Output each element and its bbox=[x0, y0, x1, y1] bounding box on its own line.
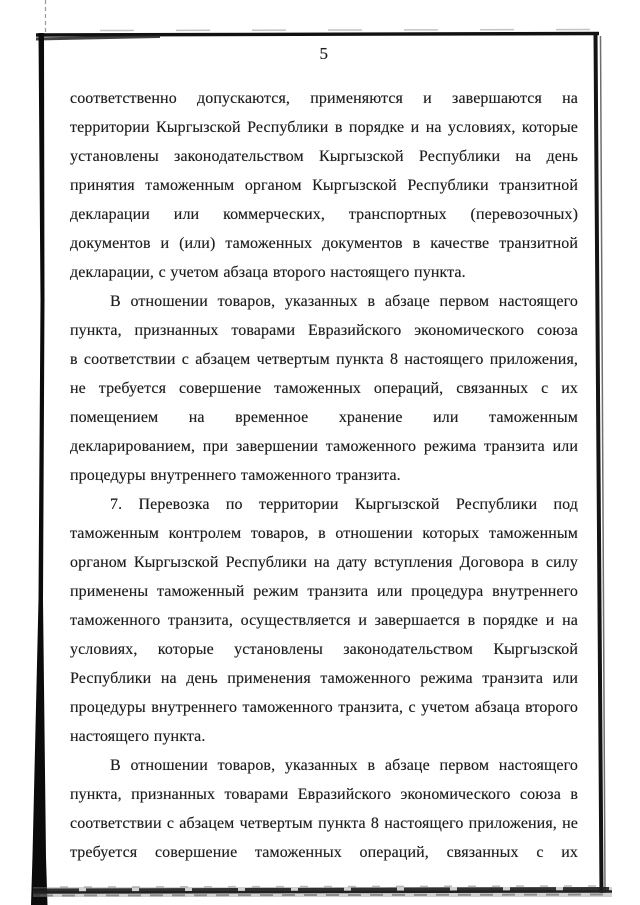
text-line: соответствии с абзацем четвертым пункта … bbox=[70, 809, 578, 838]
text-line: Республики на день применения таможенног… bbox=[70, 664, 578, 693]
text-line: процедуры внутреннего таможенного транзи… bbox=[70, 693, 578, 722]
text-line: принятия таможенным органом Кыргызской Р… bbox=[70, 171, 578, 200]
scan-bottom-shadow-band bbox=[33, 886, 612, 897]
text-line: 7. Перевозка по территории Кыргызской Ре… bbox=[70, 490, 578, 519]
text-line: пункта, признанных товарами Евразийского… bbox=[70, 780, 578, 809]
scan-right-border-line bbox=[596, 33, 602, 893]
text-line: требуется совершение таможенных операций… bbox=[70, 838, 578, 867]
text-line: В отношении товаров, указанных в абзаце … bbox=[70, 287, 578, 316]
text-line: настоящего пункта. bbox=[70, 722, 578, 751]
text-line: декларации, с учетом абзаца второго наст… bbox=[70, 258, 578, 287]
text-line: в соответствии с абзацем четвертым пункт… bbox=[70, 345, 578, 374]
text-line: условиях, которые установлены законодате… bbox=[70, 635, 578, 664]
scan-top-fuzz-line bbox=[100, 30, 596, 31]
text-line: помещением на временное хранение или там… bbox=[70, 403, 578, 432]
text-line: декларации или коммерческих, транспортны… bbox=[70, 200, 578, 229]
text-line: соответственно допускаются, применяются … bbox=[70, 84, 578, 113]
text-line: В отношении товаров, указанных в абзаце … bbox=[70, 751, 578, 780]
text-line: установлены законодательством Кыргызской… bbox=[70, 142, 578, 171]
text-line: не требуется совершение таможенных опера… bbox=[70, 374, 578, 403]
scan-right-border-inner-line bbox=[601, 36, 606, 893]
scanned-page: 5 соответственно допускаются, применяютс… bbox=[0, 0, 640, 905]
text-line: органом Кыргызской Республики на дату вс… bbox=[70, 548, 578, 577]
text-line: процедуры внутреннего таможенного транзи… bbox=[70, 461, 578, 490]
scan-left-edge-bar bbox=[31, 33, 48, 905]
document-body: соответственно допускаются, применяются … bbox=[70, 84, 578, 867]
text-line: таможенного транзита, осуществляется и з… bbox=[70, 606, 578, 635]
text-line: таможенным контролем товаров, в отношени… bbox=[70, 519, 578, 548]
page-number: 5 bbox=[70, 44, 578, 64]
text-line: декларированием, при завершении таможенн… bbox=[70, 432, 578, 461]
scan-top-border-thick-start bbox=[36, 37, 160, 40]
text-line: территории Кыргызской Республики в поряд… bbox=[70, 113, 578, 142]
text-line: применены таможенный режим транзита или … bbox=[70, 577, 578, 606]
text-line: пункта, признанных товарами Евразийского… bbox=[70, 316, 578, 345]
text-line: документов и (или) таможенных документов… bbox=[70, 229, 578, 258]
scan-top-border-line bbox=[36, 34, 599, 36]
